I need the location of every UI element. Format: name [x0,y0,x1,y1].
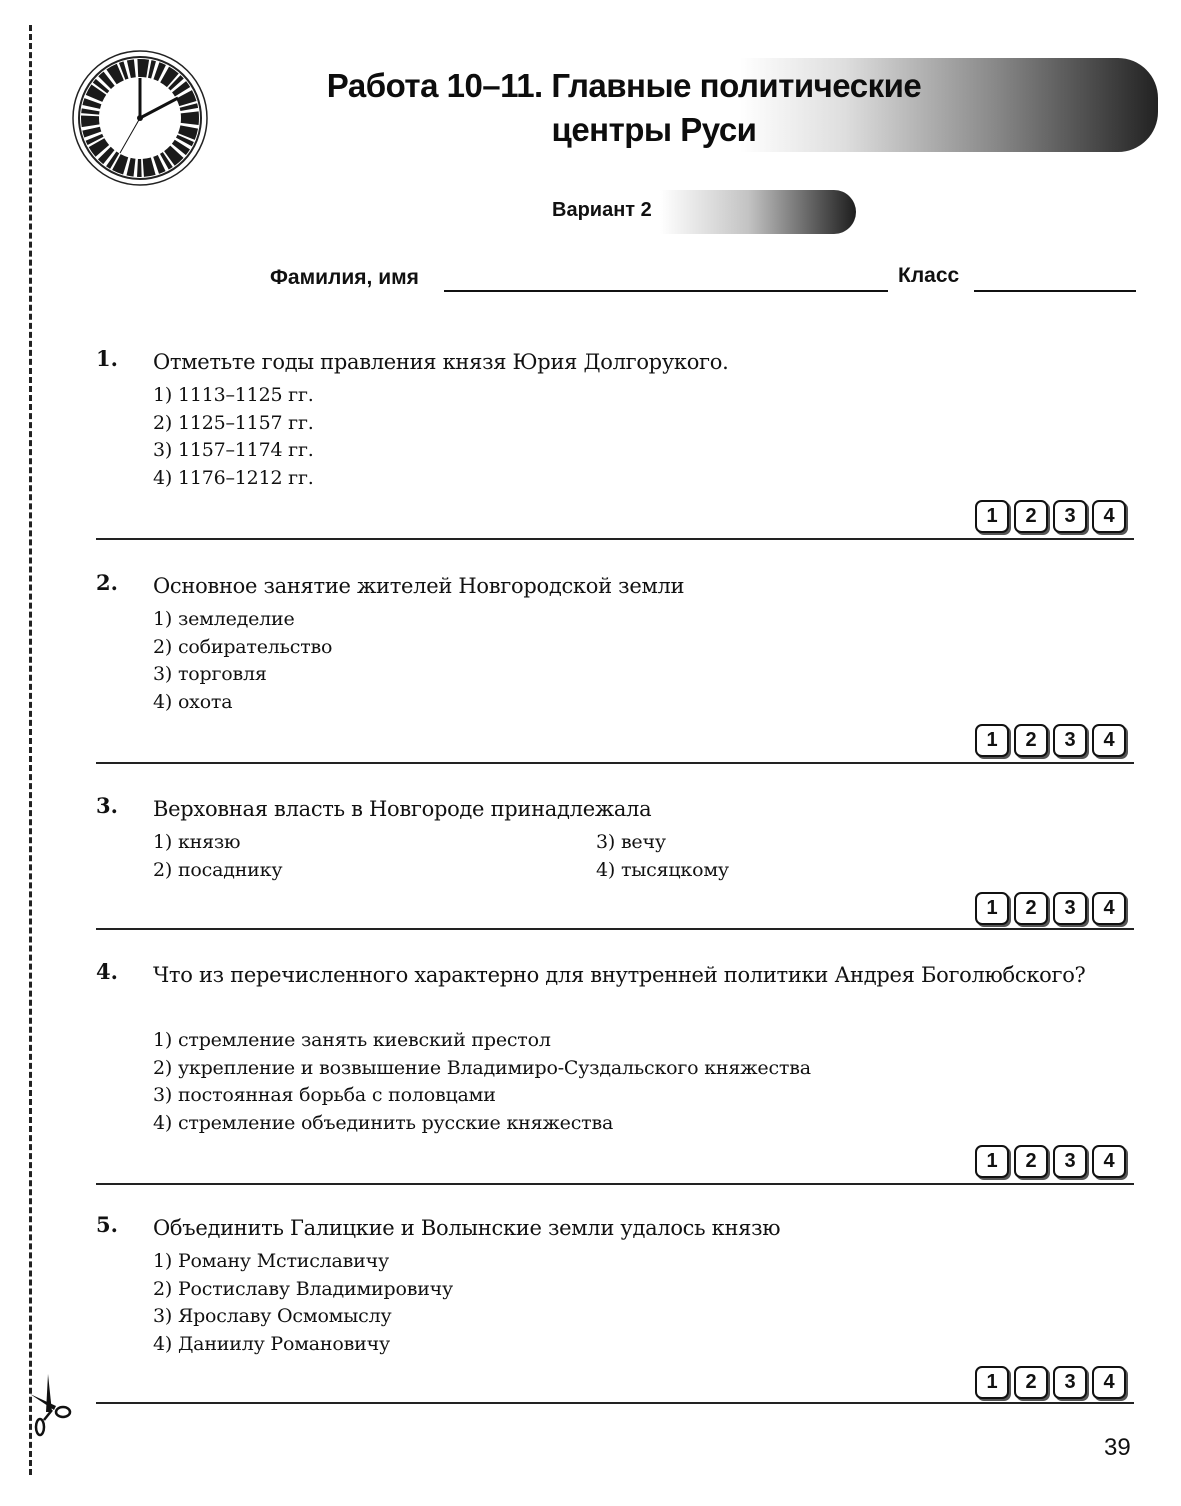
answer-boxes: 1 2 3 4 [975,1145,1126,1178]
answer-box-4[interactable]: 4 [1092,1145,1126,1178]
separator [96,928,1134,930]
option: 4) 1176–1212 гг. [153,465,314,493]
student-info-row: Фамилия, имя Класс [270,266,1140,296]
option: 2) Ростиславу Владимировичу [153,1276,453,1304]
answer-box-1[interactable]: 1 [975,724,1009,757]
answer-boxes: 1 2 3 4 [975,892,1126,925]
option: 3) Ярославу Осмомыслу [153,1303,453,1331]
question-number: 5. [96,1212,118,1237]
question-text: Что из перечисленного характерно для вну… [153,959,1138,991]
option: 2) посаднику [153,857,282,885]
answer-box-4[interactable]: 4 [1092,500,1126,533]
variant-label: Вариант 2 [552,199,652,222]
question-number: 4. [96,959,118,984]
question-text: Основное занятие жителей Новгородской зе… [153,570,1138,602]
options-list: 1) Роману Мстиславичу 2) Ростиславу Влад… [153,1248,453,1358]
option: 1) стремление занять киевский престол [153,1027,811,1055]
variant-decoration [660,190,856,234]
answer-boxes: 1 2 3 4 [975,724,1126,757]
option: 2) укрепление и возвышение Владимиро-Суз… [153,1055,811,1083]
answer-box-4[interactable]: 4 [1092,1366,1126,1399]
question-text: Отметьте годы правления князя Юрия Долго… [153,346,1138,378]
answer-boxes: 1 2 3 4 [975,1366,1126,1399]
answer-box-4[interactable]: 4 [1092,724,1126,757]
option: 2) 1125–1157 гг. [153,410,314,438]
option: 3) вечу [596,829,729,857]
answer-box-1[interactable]: 1 [975,1145,1009,1178]
answer-boxes: 1 2 3 4 [975,500,1126,533]
class-label: Класс [898,264,959,288]
answer-box-1[interactable]: 1 [975,500,1009,533]
answer-box-2[interactable]: 2 [1014,892,1048,925]
name-field[interactable] [444,290,888,292]
option: 3) 1157–1174 гг. [153,437,314,465]
cut-line [29,25,32,1475]
question-2: 2. Основное занятие жителей Новгородской… [96,570,1136,760]
answer-box-3[interactable]: 3 [1053,724,1087,757]
question-text: Верховная власть в Новгороде принадлежал… [153,793,1138,825]
question-1: 1. Отметьте годы правления князя Юрия До… [96,346,1136,536]
options-list: 1) 1113–1125 гг. 2) 1125–1157 гг. 3) 115… [153,382,314,492]
title-line-2: центры Руси [354,108,954,152]
answer-box-3[interactable]: 3 [1053,1366,1087,1399]
separator [96,762,1134,764]
answer-box-4[interactable]: 4 [1092,892,1126,925]
option: 4) тысяцкому [596,857,729,885]
answer-box-2[interactable]: 2 [1014,724,1048,757]
option: 1) земледелие [153,606,332,634]
option: 4) Даниилу Романовичу [153,1331,453,1359]
answer-box-3[interactable]: 3 [1053,892,1087,925]
page-title: Работа 10–11. Главные политические центр… [294,64,954,152]
clock-icon [70,48,210,188]
options-list: 1) земледелие 2) собирательство 3) торго… [153,606,332,716]
options-list: 1) стремление занять киевский престол 2)… [153,1027,811,1137]
question-3: 3. Верховная власть в Новгороде принадле… [96,793,1136,927]
separator [96,538,1134,540]
option: 3) торговля [153,661,332,689]
answer-box-2[interactable]: 2 [1014,1366,1048,1399]
answer-box-2[interactable]: 2 [1014,1145,1048,1178]
answer-box-1[interactable]: 1 [975,892,1009,925]
answer-box-2[interactable]: 2 [1014,500,1048,533]
answer-box-3[interactable]: 3 [1053,500,1087,533]
option: 1) 1113–1125 гг. [153,382,314,410]
option: 4) стремление объединить русские княжест… [153,1110,811,1138]
answer-box-3[interactable]: 3 [1053,1145,1087,1178]
option: 4) охота [153,689,332,717]
option: 1) князю [153,829,282,857]
question-number: 2. [96,570,118,595]
question-text: Объединить Галицкие и Волынские земли уд… [153,1212,1138,1244]
title-line-1: Работа 10–11. Главные политические [294,64,954,108]
separator [96,1402,1134,1404]
question-number: 3. [96,793,118,818]
option: 2) собирательство [153,634,332,662]
answer-box-1[interactable]: 1 [975,1366,1009,1399]
question-5: 5. Объединить Галицкие и Волынские земли… [96,1212,1136,1402]
question-4: 4. Что из перечисленного характерно для … [96,959,1136,1179]
name-label: Фамилия, имя [270,266,419,290]
scissors-icon [26,1372,72,1440]
class-field[interactable] [974,290,1136,292]
page-number: 39 [1104,1434,1131,1462]
question-number: 1. [96,346,118,371]
option: 1) Роману Мстиславичу [153,1248,453,1276]
separator [96,1183,1134,1185]
option: 3) постоянная борьба с половцами [153,1082,811,1110]
